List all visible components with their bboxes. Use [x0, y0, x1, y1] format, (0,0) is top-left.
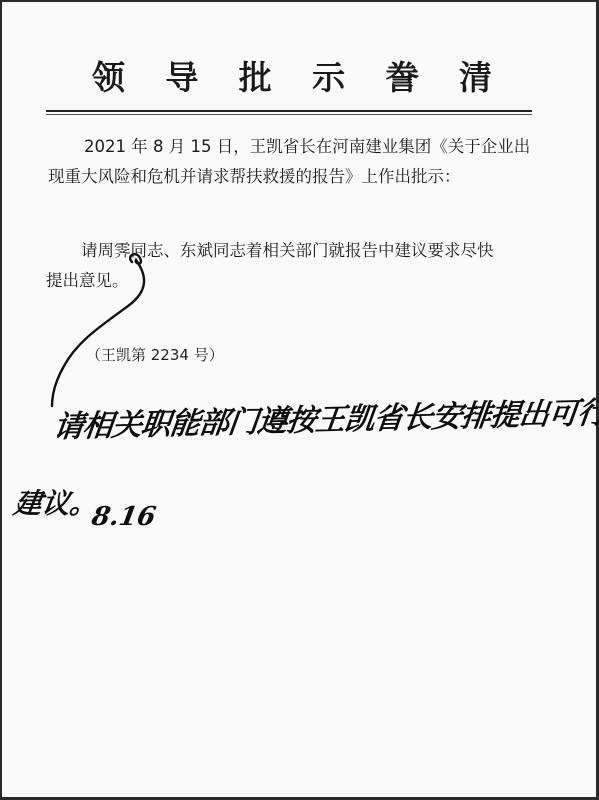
handwritten-date: 8.16	[89, 502, 158, 532]
title-char: 清	[459, 52, 492, 99]
intro-paragraph-line2: 现重大风险和危机并请求帮扶救援的报告》上作出批示：	[48, 162, 461, 192]
header-rule-thin	[46, 114, 532, 115]
title-char: 领	[92, 52, 125, 99]
document-page: 领 导 批 示 誊 清 2021 年 8 月 15 日，王凯省长在河南建业集团《…	[2, 2, 596, 797]
instruction-line1: 请周霁同志、东斌同志着相关部门就报告中建议要求尽快	[81, 236, 494, 266]
title-char: 导	[165, 52, 198, 99]
header-rule	[46, 110, 532, 112]
title-char: 示	[312, 52, 345, 99]
title-char: 批	[239, 52, 272, 99]
instruction-line2: 提出意见。	[46, 266, 129, 296]
document-title: 领 导 批 示 誊 清	[92, 52, 492, 99]
handwritten-instruction-line2: 建议。	[11, 482, 101, 522]
reference-number: （王凯第 2234 号）	[86, 340, 224, 370]
intro-paragraph-line1: 2021 年 8 月 15 日，王凯省长在河南建业集团《关于企业出	[84, 132, 530, 162]
handwritten-instruction-line1: 请相关职能部门遵按王凯省长安排提出可行性意见	[51, 385, 599, 446]
title-char: 誊	[386, 52, 419, 99]
